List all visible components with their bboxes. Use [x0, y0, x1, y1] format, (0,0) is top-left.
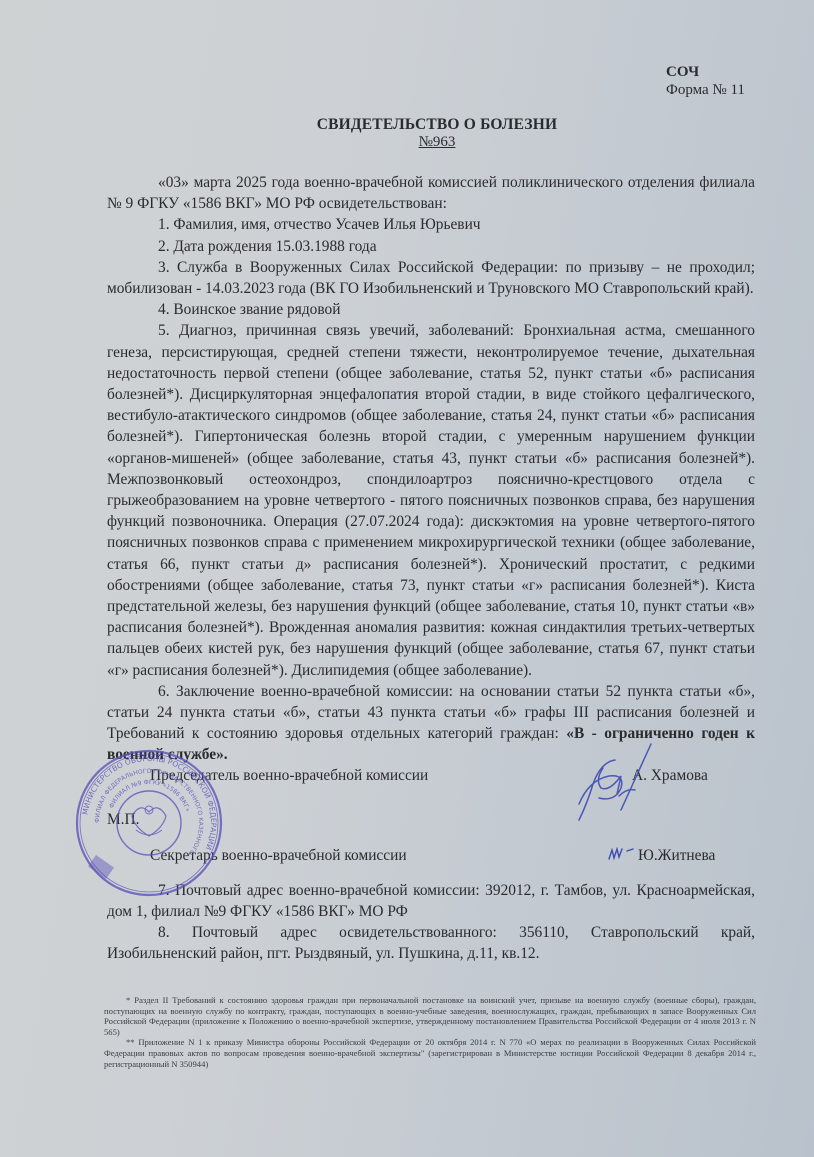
intro-paragraph: «03» марта 2025 года военно-врачебной ко… — [107, 172, 755, 214]
document-title: СВИДЕТЕЛЬСТВО О БОЛЕЗНИ — [0, 116, 814, 134]
footnotes: * Раздел II Требований к состоянию здоро… — [104, 995, 756, 1069]
secretary-name: Ю.Житнева — [638, 847, 715, 865]
form-code: СОЧ — [666, 64, 699, 81]
secretary-signature-icon — [607, 845, 637, 863]
item-rank: 4. Воинское звание рядовой — [107, 299, 755, 320]
item-service: 3. Служба в Вооруженных Силах Российской… — [107, 257, 755, 299]
chairman-signature-icon — [575, 742, 655, 832]
official-stamp-icon: МИНИСТЕРСТВО ОБОРОНЫ РОССИЙСКОЙ ФЕДЕРАЦИ… — [74, 748, 224, 898]
form-number: Форма № 11 — [666, 82, 745, 99]
item-birth-date: 2. Дата рождения 15.03.1988 года — [107, 236, 755, 257]
document-number: №963 — [0, 134, 814, 151]
item-full-name: 1. Фамилия, имя, отчество Усачев Илья Юр… — [107, 214, 755, 235]
footnote-1: * Раздел II Требований к состоянию здоро… — [104, 995, 756, 1037]
item-diagnosis: 5. Диагноз, причинная связь увечий, забо… — [107, 320, 755, 680]
person-address: 8. Почтовый адрес освидетельствованного:… — [107, 922, 755, 964]
document-page: СОЧ Форма № 11 СВИДЕТЕЛЬСТВО О БОЛЕЗНИ №… — [0, 0, 814, 1157]
footnote-2: ** Приложение N 1 к приказу Министра обо… — [104, 1037, 756, 1069]
document-body: «03» марта 2025 года военно-врачебной ко… — [107, 172, 755, 766]
